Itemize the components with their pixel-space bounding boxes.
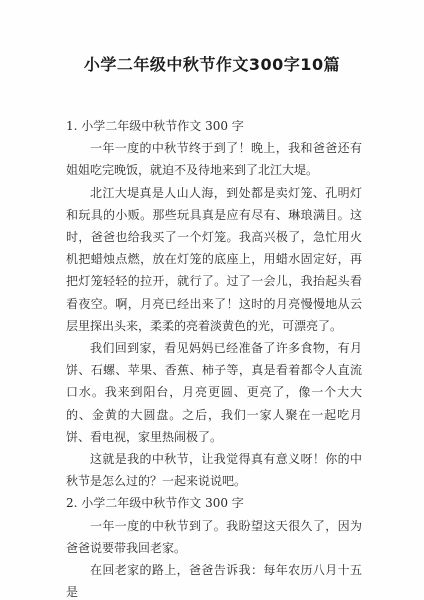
paragraph: 一年一度的中秋节终于到了！晚上，我和爸爸还有姐姐吃完晚饭，就迫不及待地来到了北江… xyxy=(66,137,362,181)
document-page: 小学二年级中秋节作文300字10篇 1. 小学二年级中秋节作文 300 字 一年… xyxy=(0,0,424,600)
paragraph: 北江大堤真是人山人海，到处都是卖灯笼、孔明灯和玩具的小贩。那些玩具真是应有尽有、… xyxy=(66,182,362,337)
section-heading-1: 1. 小学二年级中秋节作文 300 字 xyxy=(66,115,362,137)
document-body: 1. 小学二年级中秋节作文 300 字 一年一度的中秋节终于到了！晚上，我和爸爸… xyxy=(66,115,362,600)
section-heading-2: 2. 小学二年级中秋节作文 300 字 xyxy=(66,492,362,514)
paragraph: 在回老家的路上，爸爸告诉我：每年农历八月十五是 xyxy=(66,559,362,600)
paragraph: 这就是我的中秋节，让我觉得真有意义呀！你的中秋节是怎么过的？一起来说说吧。 xyxy=(66,448,362,492)
paragraph: 我们回到家，看见妈妈已经准备了许多食物，有月饼、石螺、苹果、香蕉、柿子等，真是看… xyxy=(66,337,362,448)
paragraph: 一年一度的中秋节到了。我盼望这天很久了，因为爸爸说要带我回老家。 xyxy=(66,515,362,559)
document-title: 小学二年级中秋节作文300字10篇 xyxy=(0,52,424,75)
